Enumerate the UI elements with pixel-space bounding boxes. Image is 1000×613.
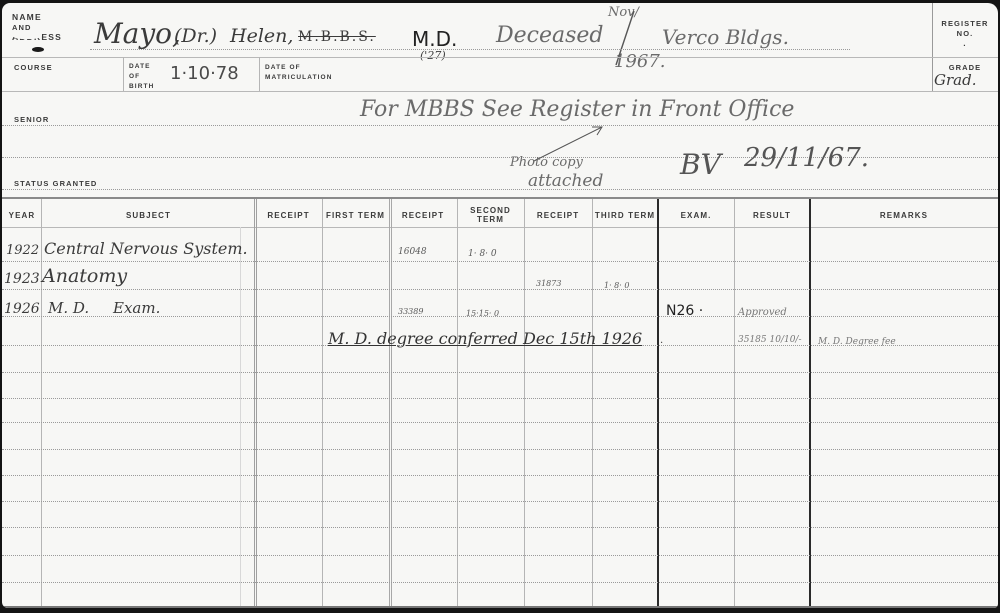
- senior-label: Senior: [14, 115, 49, 124]
- dob-label-3: Birth: [129, 82, 154, 91]
- row-2-receipt-3: 31873: [536, 279, 561, 288]
- col-third-term: Third Term: [592, 203, 658, 227]
- degree: M.D.: [412, 27, 457, 51]
- matric-label-1: Date of: [265, 63, 301, 72]
- senior-rule: [2, 125, 998, 126]
- row-3-subject: M. D. Exam.: [48, 299, 160, 317]
- ink-blot: [32, 47, 44, 52]
- senior-note: For MBBS See Register in Front Office: [360, 97, 794, 122]
- row-3-year: 1926: [4, 301, 40, 317]
- col-first-term: First Term: [322, 203, 389, 227]
- row-3-exam: N26 ·: [666, 303, 703, 319]
- row-rule: [2, 475, 998, 476]
- name-label: Name: [12, 13, 42, 22]
- row-1-second-term: 1· 8· 0: [468, 249, 497, 259]
- name-rule: [90, 49, 850, 50]
- dob-divider: [123, 57, 124, 91]
- dob-label-2: of: [129, 72, 140, 81]
- degree-year: ('27): [420, 49, 446, 62]
- header-bottom-rule: [2, 227, 998, 228]
- row-rule: [2, 261, 998, 262]
- register-no-value: .: [932, 39, 998, 48]
- row-rule: [2, 527, 998, 528]
- row-4-result: 35185 10/10/-: [738, 335, 802, 345]
- register-no-label: No.: [932, 29, 998, 38]
- slash-mark: [602, 9, 642, 69]
- row-rule: [2, 582, 998, 583]
- row-rule: [2, 555, 998, 556]
- row-rule: [2, 449, 998, 450]
- status-rule: [2, 189, 998, 190]
- deceased-text: Deceased: [496, 23, 604, 48]
- table-top-border: [2, 197, 998, 199]
- row-1-year: 1922: [6, 243, 39, 258]
- surname: Mayo,: [94, 17, 181, 50]
- row-rule: [2, 422, 998, 423]
- note-date: 29/11/67.: [744, 143, 869, 173]
- row-1-subject: Central Nervous System.: [44, 239, 248, 258]
- title: (Dr.): [174, 25, 217, 47]
- row-3-receipt-2: 33389: [398, 307, 423, 316]
- photocopy-note-2: attached: [528, 171, 603, 191]
- row-4-exam: .: [660, 335, 663, 346]
- header-divider-1: [2, 57, 998, 58]
- struck-degree: M.B.B.S.: [298, 29, 376, 45]
- row-rule: [2, 501, 998, 502]
- col-exam: Exam.: [658, 203, 734, 227]
- status-granted-label: Status Granted: [14, 179, 97, 188]
- col-line-faint: [240, 227, 241, 608]
- md-conferred-note: M. D. degree conferred Dec 15th 1926: [328, 329, 642, 348]
- card-bottom-edge: [2, 606, 998, 608]
- row-rule: [2, 372, 998, 373]
- row-rule: [2, 289, 998, 290]
- date-of-birth-value: 1·10·78: [170, 63, 239, 84]
- matric-label-2: Matriculation: [265, 73, 333, 82]
- col-remarks: Remarks: [810, 203, 998, 227]
- dob-label-1: Date: [129, 62, 151, 71]
- address-text: Verco Bldgs.: [662, 25, 789, 49]
- col-second-term: Second Term: [457, 203, 524, 227]
- col-receipt-3: Receipt: [524, 203, 592, 227]
- register-label: Register: [932, 19, 998, 28]
- row-2-subject: Anatomy: [42, 265, 127, 287]
- header-divider-2: [2, 91, 998, 92]
- initials-signature: BV: [680, 148, 721, 181]
- col-year: Year: [2, 203, 42, 227]
- grade-value: Grad.: [934, 71, 976, 89]
- row-rule: [2, 398, 998, 399]
- col-receipt-2: Receipt: [389, 203, 457, 227]
- row-4-remarks: M. D. Degree fee: [818, 337, 896, 347]
- row-1-receipt-2: 16048: [398, 247, 427, 257]
- row-3-result: Approved: [738, 307, 787, 318]
- matric-divider: [259, 57, 260, 91]
- photocopy-note-1: Photo copy: [510, 155, 583, 170]
- row-3-second-term: 15·15· 0: [466, 309, 499, 318]
- row-2-year: 1923: [4, 271, 40, 287]
- given-name: Helen,: [230, 25, 293, 47]
- col-subject: Subject: [42, 203, 255, 227]
- paper-damage: [12, 30, 42, 39]
- student-record-card: Name And Address Mayo, (Dr.) Helen, M.B.…: [2, 3, 998, 608]
- course-label: Course: [14, 63, 53, 72]
- col-receipt-1: Receipt: [255, 203, 322, 227]
- col-result: Result: [734, 203, 810, 227]
- row-2-third-term: 1· 8· 0: [604, 281, 629, 290]
